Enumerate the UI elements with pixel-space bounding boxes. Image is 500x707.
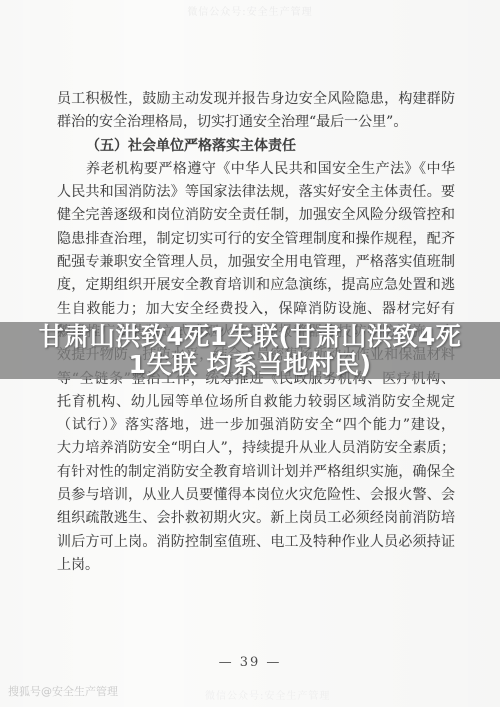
document-line: 员工积极性，鼓励主动发现并报告身边安全风险隐患，构建群防 [57,88,455,111]
overlay-news-banner: 甘肃山洪致4死1失联(甘肃山洪致4死 1失联 均系当地村民) [0,322,500,379]
watermark-bottom-center: 微信公众号:安全生产管理 [205,687,330,702]
overlay-title-line2: 1失联 均系当地村民) [128,351,371,379]
document-line: 组织疏散逃生、会扑救初期火灾。新上岗员工必须经岗前消防培 [57,507,455,530]
document-line: 人民共和国消防法》等国家法律法规，落实好安全主体责任。要 [57,181,455,204]
document-line: 健全完善逐级和岗位消防安全责任制，加强安全风险分级管控和 [57,204,455,227]
watermark-top: 微信公众号:安全生产管理 [0,3,500,18]
document-line: 有针对性的制定消防安全教育培训计划并严格组织实施，确保全 [57,461,455,484]
document-line: 托育机构、幼儿园等单位场所自救能力较弱区域消防安全规定 [57,391,455,414]
document-line: 度，定期组织开展安全教育培训和应急演练，提高应急处置和逃 [57,274,455,297]
document-line: 大力培养消防安全“明白人”，持续提升从业人员消防安全素质； [57,437,455,460]
document-line: 隐患排查治理，制定切实可行的安全管理制度和操作规程，配齐 [57,228,455,251]
watermark-bottom-left: 搜狐号@安全生产管理 [8,683,118,699]
section-heading: （五）社会单位严格落实主体责任 [57,135,455,158]
overlay-title-line1: 甘肃山洪致4死1失联(甘肃山洪致4死 [39,323,462,351]
document-line: 配强专兼职安全管理人员，加强安全用电管理，严格落实值班制 [57,251,455,274]
scanned-document-page: 微信公众号:安全生产管理 员工积极性，鼓励主动发现并报告身边安全风险隐患，构建群… [0,0,500,707]
page-number: — 39 — [0,655,500,670]
document-line: 员参与培训，从业人员要懂得本岗位火灾危险性、会报火警、会 [57,484,455,507]
document-line: 训后方可上岗。消防控制室值班、电工及特种作业人员必须持证 [57,531,455,554]
document-line: 上岗。 [57,554,455,577]
document-line: 养老机构要严格遵守《中华人民共和国安全生产法》《中华 [57,158,455,181]
document-line: （试行）》落实落地，进一步加强消防安全“四个能力”建设， [57,414,455,437]
document-line: 生自救能力；加大安全经费投入，保障消防设施、器材完好有效， [57,298,455,321]
document-line: 群治的安全治理格局，切实打通安全治理“最后一公里”。 [57,111,455,134]
